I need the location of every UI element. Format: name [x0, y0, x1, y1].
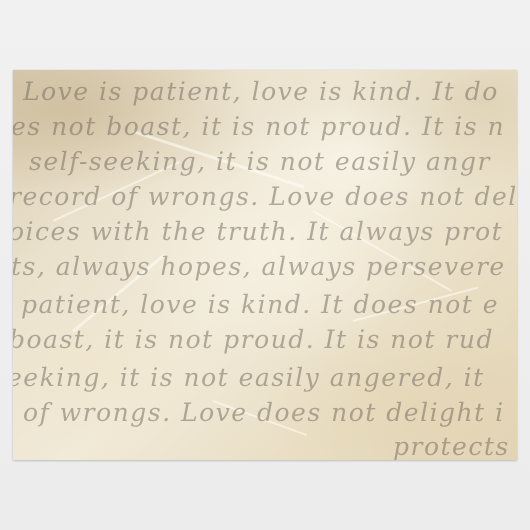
handwriting-line: boast, it is not proud. It is not rud [13, 325, 494, 355]
handwriting-line: record of wrongs. Love does not deli [13, 182, 517, 212]
handwriting-line: eeking, it is not easily angered, it [13, 363, 485, 393]
handwritten-text: Love is patient, love is kind. It do es … [13, 70, 517, 460]
handwriting-line: Love is patient, love is kind. It do [23, 77, 499, 107]
handwriting-line: of wrongs. Love does not delight i [23, 398, 505, 428]
handwriting-line: protects [393, 432, 510, 460]
parchment-paper: Love is patient, love is kind. It do es … [13, 70, 517, 460]
handwriting-line: ts, always hopes, always persevere [13, 252, 506, 282]
handwriting-line: patient, love is kind. It does not e [21, 290, 499, 320]
handwriting-line: self-seeking, it is not easily angr [29, 147, 491, 177]
handwriting-line: oices with the truth. It always prot [13, 217, 503, 247]
product-backdrop: Love is patient, love is kind. It do es … [0, 0, 530, 530]
handwriting-line: es not boast, it is not proud. It is n [13, 112, 505, 142]
